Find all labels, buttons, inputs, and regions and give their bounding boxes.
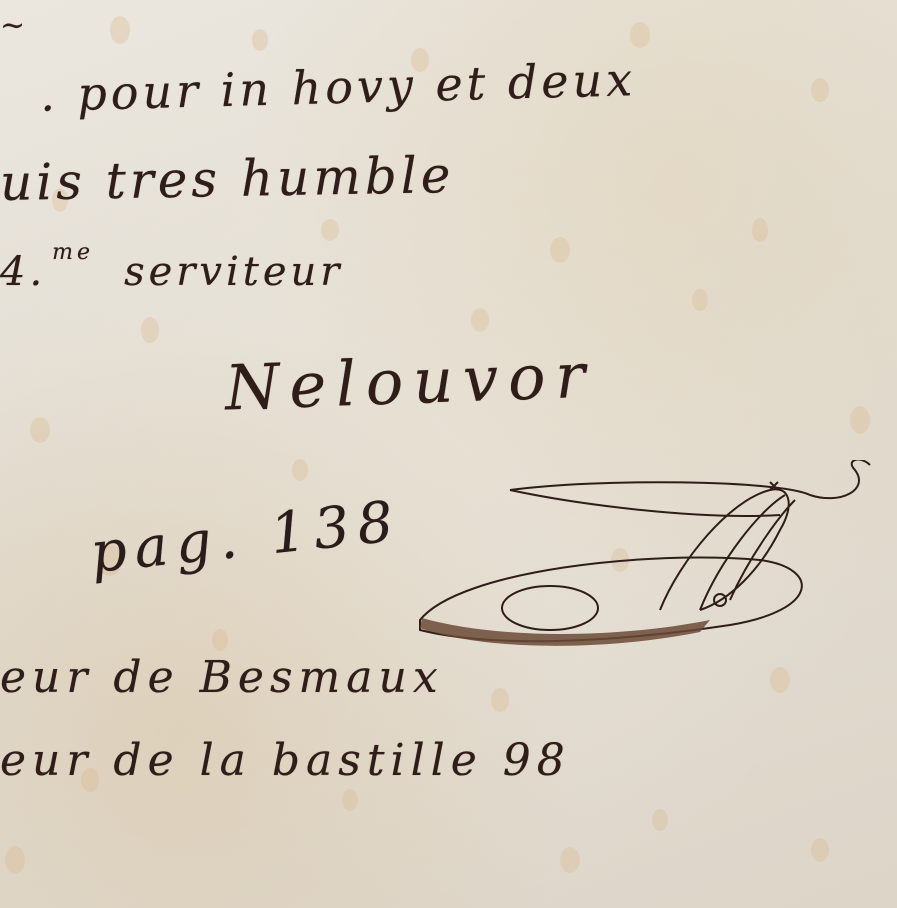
line-besmaux: eur de Besmaux [0,652,444,703]
handwriting: ~ . pour in hovy et deux uis tres humble… [0,0,897,908]
line-word: serviteur [124,249,343,295]
line-fragment-top: ~ [0,8,29,43]
line-bastille: eur de la bastille98 [0,735,571,786]
document-page: ~ . pour in hovy et deux uis tres humble… [0,0,897,908]
line-bastille-text: eur de la bastille [0,735,483,786]
line-prefix: 4. [0,249,46,295]
signature: Nelouvor [224,339,596,425]
page-reference: pag. 138 [87,489,404,586]
line-bastille-number: 98 [503,735,571,786]
line-superscript: me [52,240,94,265]
line-tres-humble: uis tres humble [0,146,455,212]
paraph-flourish-icon [400,460,880,670]
line-pour: . pour in hovy et deux [39,52,636,122]
line-serviteur: 4.meserviteur [0,240,343,295]
